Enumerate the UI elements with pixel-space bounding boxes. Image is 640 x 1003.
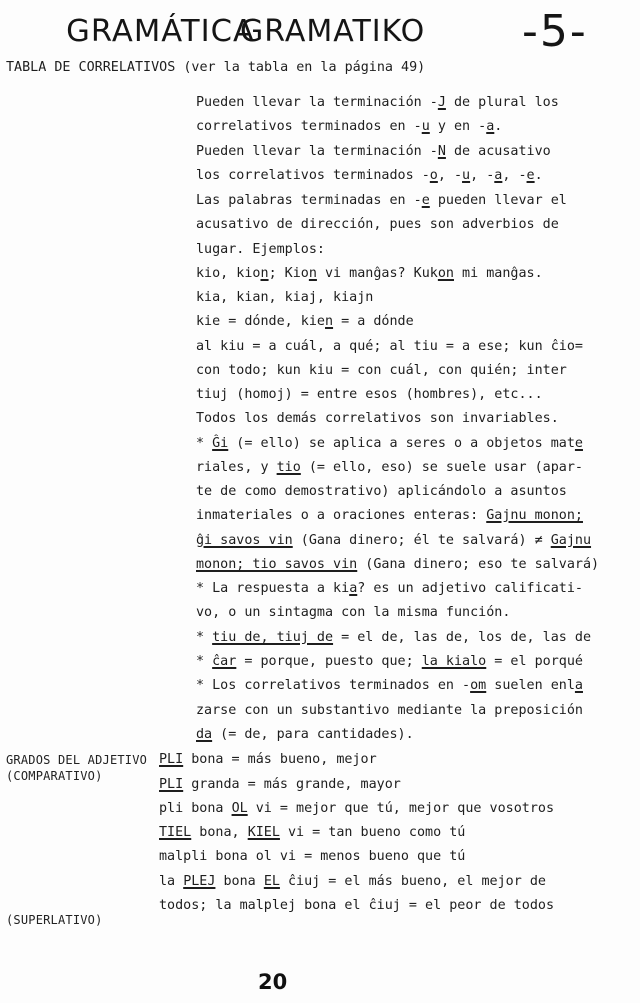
body-line: * Ĝi (= ello) se aplica a seres o a obje… xyxy=(196,436,583,452)
body-line: * Los correlativos terminados en -om sue… xyxy=(196,678,583,694)
body-line: los correlativos terminados -o, -u, -a, … xyxy=(196,168,543,184)
body-line: kio, kion; Kion vi manĝas? Kukon mi manĝ… xyxy=(196,266,543,282)
header-title-spanish: GRAMÁTICA xyxy=(66,14,255,49)
label-superlativo: (SUPERLATIVO) xyxy=(6,912,103,928)
body-line: * La respuesta a kia? es un adjetivo cal… xyxy=(196,581,583,597)
body-line: Todos los demás correlativos son invaria… xyxy=(196,411,559,427)
degree-line: malpli bona ol vi = menos bueno que tú xyxy=(159,849,465,865)
heading-close-paren: ) xyxy=(417,60,425,75)
body-line: tiuj (homoj) = entre esos (hombres), etc… xyxy=(196,387,543,403)
section-heading-correlatives: TABLA DE CORRELATIVOS (ver la tabla en l… xyxy=(6,60,425,76)
body-line: te de como demostrativo) aplicándolo a a… xyxy=(196,484,567,500)
body-line: correlativos terminados en -u y en -a. xyxy=(196,119,502,135)
body-line: Las palabras terminadas en -e pueden lle… xyxy=(196,193,567,209)
body-line: vo, o un sintagma con la misma función. xyxy=(196,605,510,621)
body-line: al kiu = a cuál, a qué; al tiu = a ese; … xyxy=(196,339,583,355)
degree-line: todos; la malplej bona el ĉiuj = el peor… xyxy=(159,898,554,914)
handwritten-page-ref: 49 xyxy=(401,60,417,75)
degree-line: PLI bona = más bueno, mejor xyxy=(159,752,377,768)
body-line: kia, kian, kiaj, kiajn xyxy=(196,290,373,306)
body-line: monon; tio savos vin (Gana dinero; eso t… xyxy=(196,557,599,573)
body-line: ĝi savos vin (Gana dinero; él te salvará… xyxy=(196,533,591,549)
body-line: zarse con un substantivo mediante la pre… xyxy=(196,703,583,719)
body-line: kie = dónde, kien = a dónde xyxy=(196,314,414,330)
degree-line: pli bona OL vi = mejor que tú, mejor que… xyxy=(159,801,554,817)
body-line: Pueden llevar la terminación -N de acusa… xyxy=(196,144,551,160)
heading-text: TABLA DE CORRELATIVOS (ver la tabla en l… xyxy=(6,60,401,75)
body-line: da (= de, para cantidades). xyxy=(196,727,414,743)
body-line: lugar. Ejemplos: xyxy=(196,242,325,258)
footer-page-number: 20 xyxy=(258,970,287,994)
body-line: inmateriales o a oraciones enteras: Gajn… xyxy=(196,508,583,524)
body-line: acusativo de dirección, pues son adverbi… xyxy=(196,217,559,233)
degree-line: PLI granda = más grande, mayor xyxy=(159,777,401,793)
header-title-esperanto: GRAMATIKO xyxy=(240,14,425,49)
body-line: riales, y tio (= ello, eso) se suele usa… xyxy=(196,460,583,476)
degree-line: la PLEJ bona EL ĉiuj = el más bueno, el … xyxy=(159,874,546,890)
header-page-marker: -5- xyxy=(522,6,588,57)
body-line: Pueden llevar la terminación -J de plura… xyxy=(196,95,559,111)
label-comparativo: (COMPARATIVO) xyxy=(6,768,103,784)
body-line: con todo; kun kiu = con cuál, con quién;… xyxy=(196,363,567,379)
label-grados-del-adjetivo: GRADOS DEL ADJETIVO xyxy=(6,752,147,768)
body-line: * ĉar = porque, puesto que; la kialo = e… xyxy=(196,654,583,670)
body-line: * tiu de, tiuj de = el de, las de, los d… xyxy=(196,630,591,646)
degree-line: TIEL bona, KIEL vi = tan bueno como tú xyxy=(159,825,465,841)
